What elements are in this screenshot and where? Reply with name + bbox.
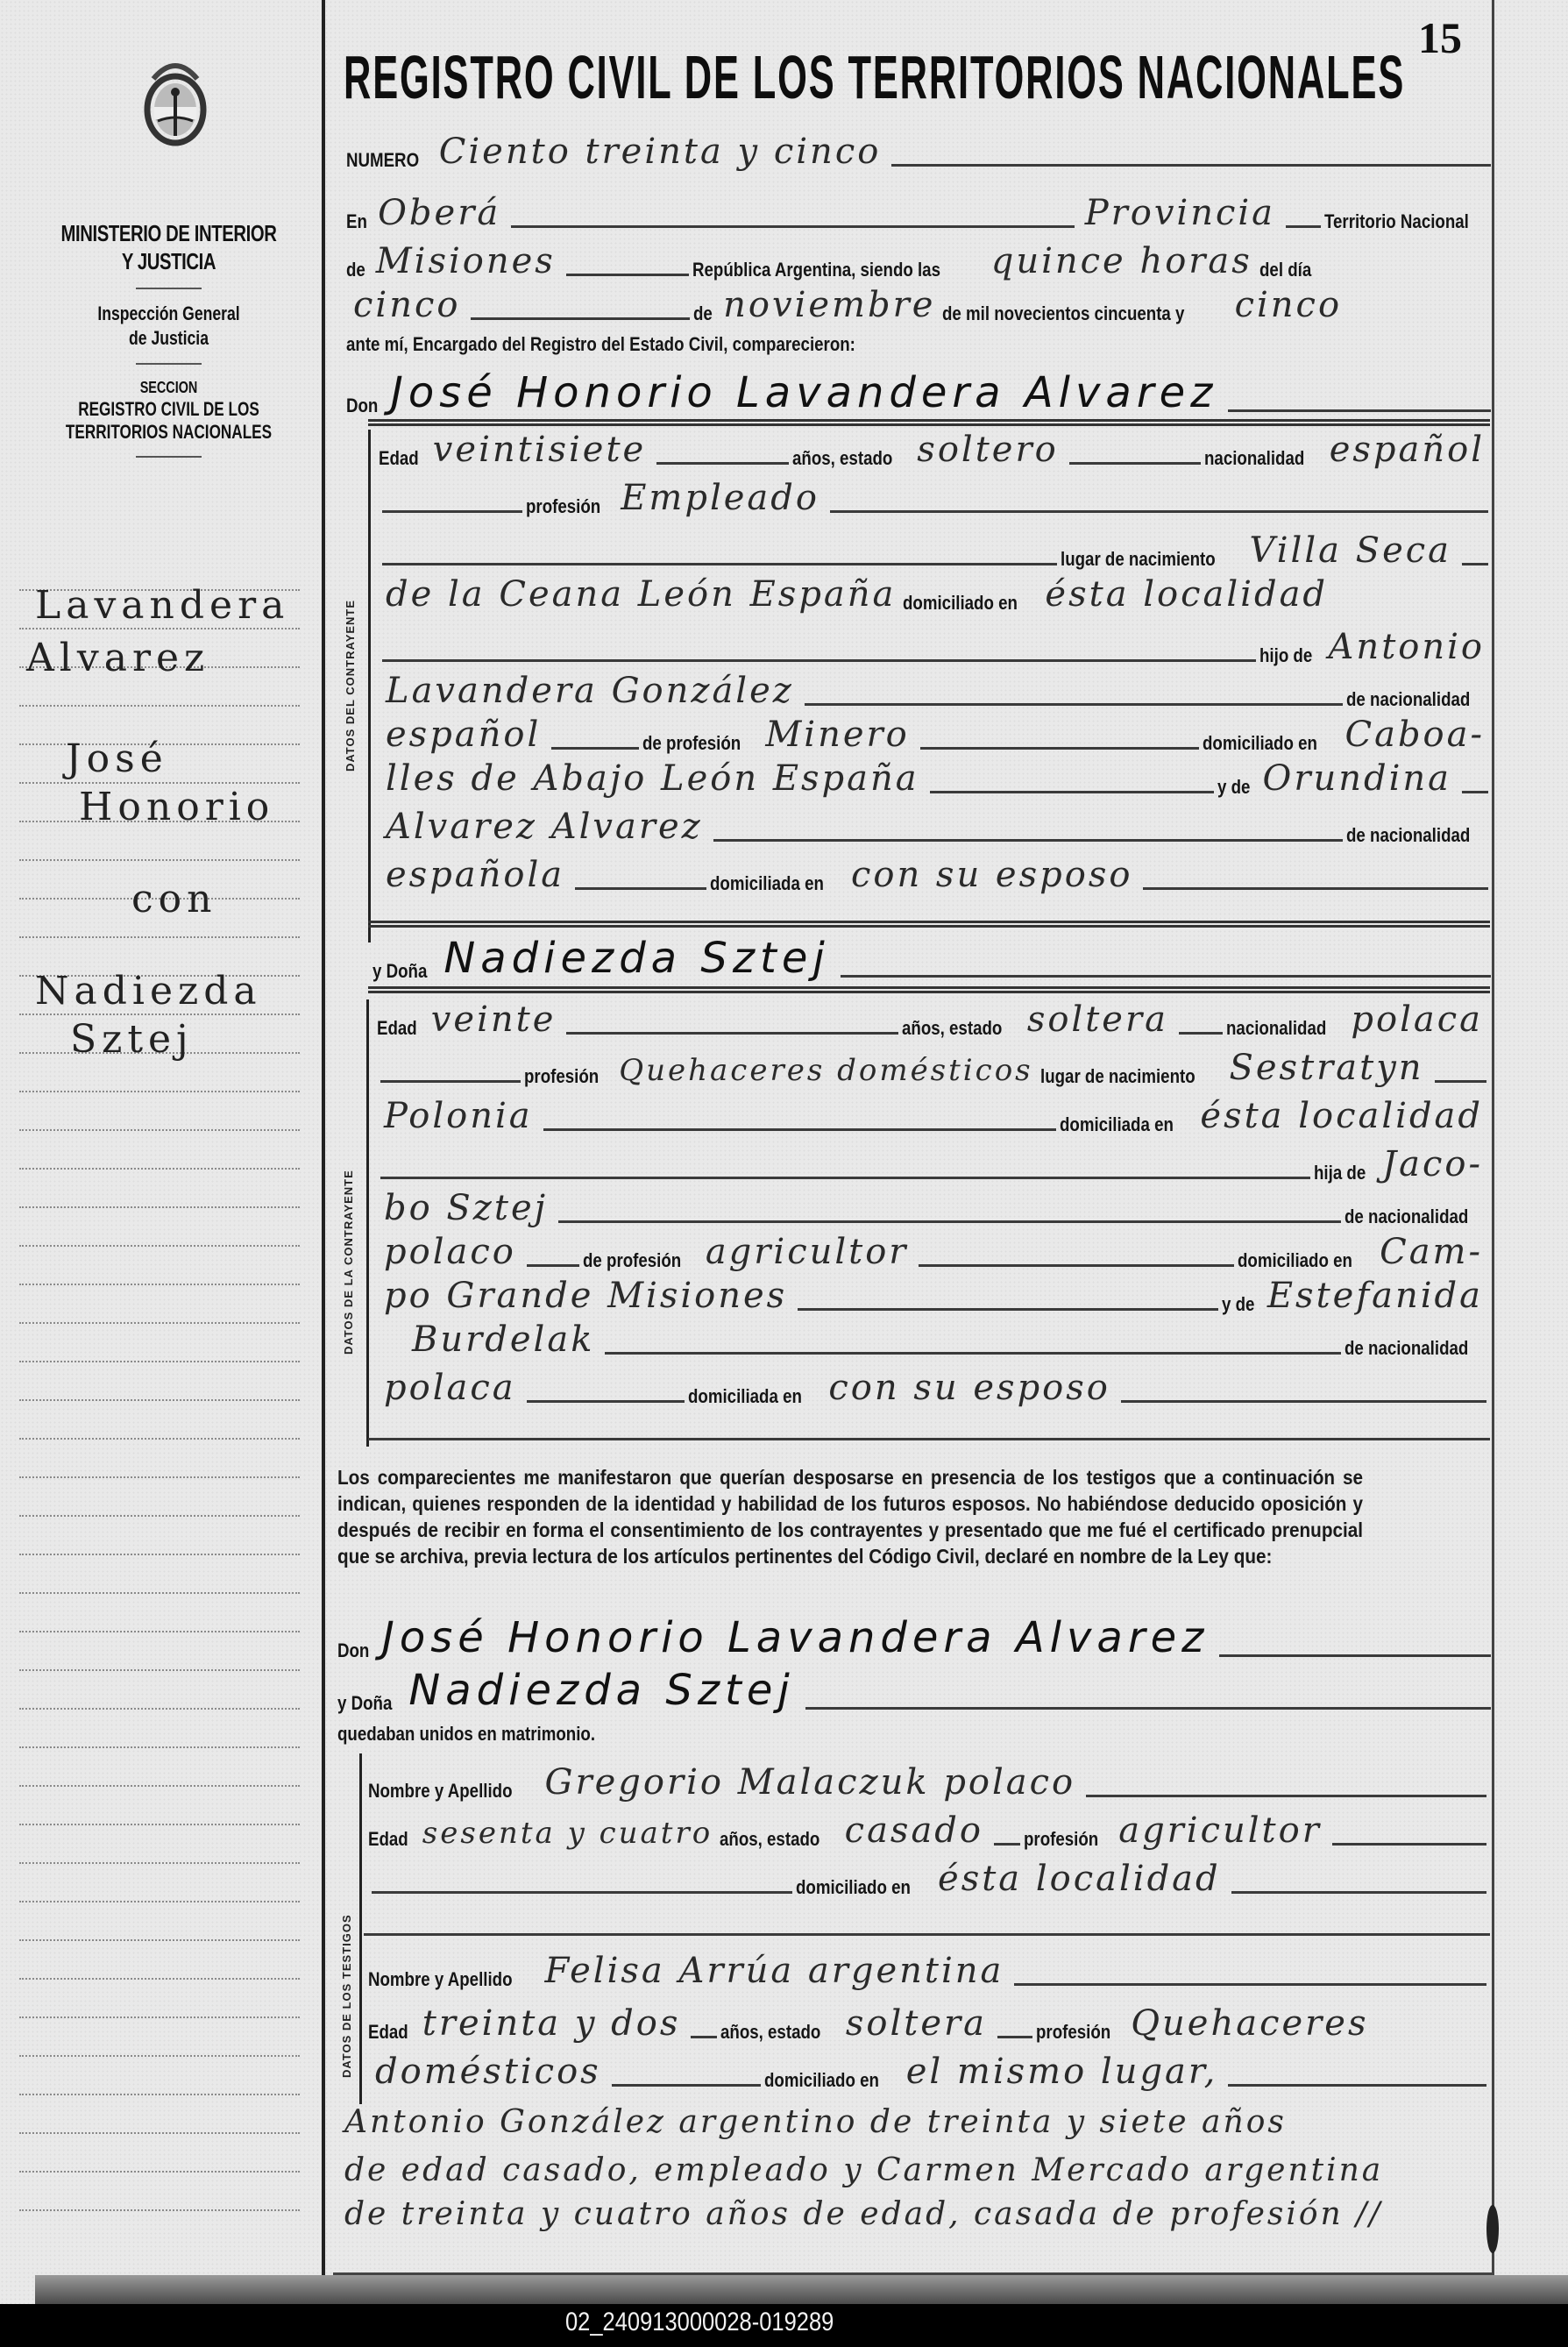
- en-value: Oberá: [371, 193, 507, 233]
- hora-value: quince horas: [984, 241, 1259, 281]
- dia-value: cinco: [346, 285, 467, 325]
- ministry-line2: Y JUSTICIA: [51, 247, 287, 275]
- witness-divider: [364, 1933, 1490, 1936]
- witness-section-border: [359, 1753, 362, 2104]
- margin-note: Lavandera: [35, 583, 289, 628]
- numero-label: NUMERO: [346, 149, 419, 172]
- notes-line-2: de edad casado, empleado y Carmen Mercad…: [337, 2152, 1477, 2188]
- en-label: En: [346, 210, 367, 233]
- decl-dona-row: y Doña Nadiezda Sztej: [337, 1666, 1494, 1715]
- witness2-profesion: Quehaceres: [1124, 2003, 1375, 2044]
- ante-mi-row: ante mí, Encargado del Registro del Esta…: [346, 333, 945, 356]
- anio-label: de mil novecientos cincuenta y: [942, 302, 1184, 325]
- witness1-estado: casado: [838, 1810, 990, 1851]
- double-rule: [368, 921, 1490, 928]
- ink-blot: [1486, 2205, 1499, 2253]
- witness-note: de treinta y cuatro años de edad, casada…: [337, 2196, 1389, 2232]
- bride-father-domicilio: Cam-: [1373, 1232, 1490, 1272]
- dona-label: y Doña: [337, 1692, 392, 1715]
- anios-estado-label: años, estado: [792, 447, 892, 470]
- anio-value: cinco: [1228, 285, 1349, 325]
- anios-estado-label: años, estado: [902, 1017, 1002, 1040]
- groom-mother-dom-row: española domiciliada en con su esposo: [379, 855, 1492, 895]
- don-label: Don: [346, 395, 378, 417]
- divider: [136, 456, 202, 458]
- inspeccion-line2: de Justicia: [48, 326, 290, 351]
- registro-line2: TERRITORIOS NACIONALES: [51, 421, 287, 444]
- don-row: Don José Honorio Lavandera Alvarez: [346, 368, 1494, 417]
- witness1-name: Gregorio Malaczuk polaco: [538, 1762, 1083, 1803]
- bride-lugar-nac-2: Polonia: [377, 1096, 540, 1136]
- groom-name: José Honorio Lavandera Alvarez: [384, 368, 1225, 417]
- groom-father-domicilio: Caboa-: [1337, 715, 1492, 755]
- groom-profesion-row: profesión Empleado: [379, 478, 1492, 518]
- groom-mother-row: lles de Abajo León España y de Orundina: [379, 758, 1492, 799]
- dona-row: y Doña Nadiezda Sztej: [372, 934, 1494, 983]
- double-rule: [368, 419, 1490, 426]
- bride-mother-dom-row: polaca domiciliada en con su esposo: [377, 1368, 1490, 1408]
- unidos-row: quedaban unidos en matrimonio.: [337, 1723, 641, 1746]
- decl-don-row: Don José Honorio Lavandera Alvarez: [337, 1613, 1494, 1662]
- bride-father-domicilio-2: po Grande Misiones: [377, 1276, 794, 1316]
- bride-father-2: bo Sztej: [377, 1188, 555, 1228]
- domiciliado-label: domiciliado en: [796, 1876, 911, 1899]
- groom-father-prof-row: español de profesión Minero domiciliado …: [379, 715, 1492, 755]
- witness2-nombre-row: Nombre y Apellido Felisa Arrúa argentina: [368, 1951, 1490, 1991]
- de-mes-label: de: [693, 302, 713, 325]
- divider: [136, 363, 202, 365]
- margin-note: Alvarez: [26, 636, 209, 680]
- witness2-name: Felisa Arrúa argentina: [538, 1951, 1011, 1991]
- groom-mother-domicilio: con su esposo: [844, 855, 1139, 895]
- bride-domicilio: ésta localidad: [1193, 1096, 1490, 1136]
- groom-mother-nat-row: Alvarez Alvarez de nacionalidad: [379, 807, 1492, 847]
- de-profesion-label: de profesión: [642, 732, 741, 755]
- notes-line-3: de treinta y cuatro años de edad, casada…: [337, 2196, 1477, 2232]
- nacionalidad-label: nacionalidad: [1204, 447, 1304, 470]
- groom-father-row: Lavandera González de nacionalidad: [379, 671, 1492, 711]
- de-nacionalidad-label: de nacionalidad: [1345, 1206, 1468, 1228]
- column-divider: [322, 0, 325, 2279]
- groom-section-border: [368, 430, 371, 942]
- anios-estado-label: años, estado: [720, 2021, 820, 2044]
- margin-note: con: [131, 877, 216, 921]
- hija-de-label: hija de: [1314, 1162, 1366, 1184]
- section-rule: [368, 1438, 1490, 1440]
- groom-father-domicilio-2: lles de Abajo León España: [379, 758, 926, 799]
- bride-mother-nat-row: Burdelak de nacionalidad: [377, 1319, 1490, 1360]
- bride-mother: Estefanida: [1260, 1276, 1490, 1316]
- de-nacionalidad-label: de nacionalidad: [1345, 1337, 1468, 1360]
- witness2-domicilio-row: domésticos domiciliado en el mismo lugar…: [368, 2052, 1490, 2092]
- del-dia-label: del día: [1259, 259, 1311, 281]
- groom-lugar-nac-2: de la Ceana León España: [379, 574, 903, 615]
- witness1-edad: sesenta y cuatro: [415, 1816, 720, 1851]
- groom-lugar-row: lugar de nacimiento Villa Seca: [379, 530, 1492, 571]
- profesion-label: profesión: [1036, 2021, 1110, 2044]
- decl-bride-name: Nadiezda Sztej: [401, 1666, 801, 1715]
- bride-mother-row: po Grande Misiones y de Estefanida: [377, 1276, 1490, 1316]
- groom-estado: soltero: [910, 430, 1065, 470]
- edad-label: Edad: [377, 1017, 417, 1040]
- domiciliado-label: domiciliado en: [1203, 732, 1317, 755]
- groom-edad-row: Edad veintisiete años, estado soltero na…: [379, 430, 1492, 470]
- bride-name: Nadiezda Sztej: [436, 934, 836, 983]
- divider: [136, 288, 202, 289]
- domiciliada-label: domiciliada en: [688, 1385, 802, 1408]
- inspeccion-line1: Inspección General: [48, 302, 290, 326]
- witness2-edad-row: Edad treinta y dos años, estado soltera …: [368, 2003, 1490, 2044]
- profesion-label: profesión: [524, 1065, 599, 1088]
- nombre-apellido-label: Nombre y Apellido: [368, 1780, 513, 1803]
- bride-profesion-row: profesión Quehaceres domésticos lugar de…: [377, 1048, 1490, 1088]
- edad-label: Edad: [379, 447, 419, 470]
- double-rule: [368, 986, 1490, 993]
- numero-row: NUMERO Ciento treinta y cinco: [346, 132, 1494, 172]
- witness-note: de edad casado, empleado y Carmen Mercad…: [337, 2152, 1390, 2188]
- lugar-nac-label: lugar de nacimiento: [1061, 548, 1216, 571]
- ministry-line1: MINISTERIO DE INTERIOR: [51, 219, 287, 247]
- groom-profesion: Empleado: [614, 478, 827, 518]
- bride-domicilio-row: Polonia domiciliada en ésta localidad: [377, 1096, 1490, 1136]
- nombre-apellido-label: Nombre y Apellido: [368, 1968, 513, 1991]
- bride-hija-row: hija de Jaco-: [377, 1144, 1490, 1184]
- ante-mi-text: ante mí, Encargado del Registro del Esta…: [346, 333, 855, 356]
- groom-mother: Orundina: [1256, 758, 1458, 799]
- groom-section-label: DATOS DEL CONTRAYENTE: [344, 600, 357, 772]
- groom-mother-nationality: española: [379, 855, 571, 895]
- provincia-value: Provincia: [1078, 193, 1282, 233]
- hijo-de-label: hijo de: [1259, 644, 1312, 667]
- bride-father-prof-row: polaco de profesión agricultor domicilia…: [377, 1232, 1490, 1272]
- groom-hijo-row: hijo de Antonio: [379, 627, 1492, 667]
- domiciliado-label: domiciliado en: [1238, 1249, 1352, 1272]
- form-title: REGISTRO CIVIL DE LOS TERRITORIOS NACION…: [344, 42, 1405, 112]
- margin-note: Nadiezda: [35, 969, 262, 1013]
- de-row: de Misiones República Argentina, siendo …: [346, 241, 1494, 281]
- declaration-paragraph: Los comparecientes me manifestaron que q…: [337, 1464, 1363, 1569]
- edad-label: Edad: [368, 1828, 408, 1851]
- margin-note: Sztej: [70, 1017, 194, 1062]
- de-nacionalidad-label: de nacionalidad: [1346, 824, 1470, 847]
- fecha-row: cinco de noviembre de mil novecientos ci…: [346, 285, 1494, 325]
- witness1-profesion: agricultor: [1111, 1810, 1329, 1851]
- bride-mother-nationality: polaca: [377, 1368, 523, 1408]
- y-de-label: y de: [1217, 776, 1250, 799]
- de-value: Misiones: [369, 241, 563, 281]
- numero-value: Ciento treinta y cinco: [432, 132, 889, 172]
- territorio-label: Territorio Nacional: [1324, 210, 1469, 233]
- de-label: de: [346, 259, 365, 281]
- bride-lugar-nac: Sestratyn: [1222, 1048, 1430, 1088]
- witness1-edad-row: Edad sesenta y cuatro años, estado casad…: [368, 1810, 1490, 1851]
- en-row: En Oberá Provincia Territorio Nacional: [346, 193, 1494, 233]
- bride-edad-row: Edad veinte años, estado soltera naciona…: [377, 999, 1490, 1040]
- bride-mother-2: Burdelak: [377, 1319, 601, 1360]
- groom-father-profession: Minero: [758, 715, 916, 755]
- witness1-nombre-row: Nombre y Apellido Gregorio Malaczuk pola…: [368, 1762, 1490, 1803]
- bride-nacionalidad: polaca: [1344, 999, 1490, 1040]
- groom-father-2: Lavandera González: [379, 671, 801, 711]
- groom-father: Antonio: [1322, 627, 1492, 667]
- nacionalidad-label: nacionalidad: [1226, 1017, 1326, 1040]
- page-frame-right: [1492, 0, 1494, 2279]
- witness1-domicilio: ésta localidad: [931, 1859, 1228, 1899]
- dona-label: y Doña: [372, 960, 427, 983]
- y-de-label: y de: [1222, 1293, 1254, 1316]
- republica-label: República Argentina, siendo las: [692, 259, 940, 281]
- bride-father-profession: agricultor: [699, 1232, 916, 1272]
- scan-id: 02_240913000028-019289: [565, 2308, 834, 2337]
- domiciliada-label: domiciliada en: [710, 872, 824, 895]
- anios-estado-label: años, estado: [720, 1828, 819, 1851]
- bride-section-label: DATOS DE LA CONTRAYENTE: [342, 1170, 355, 1355]
- witness2-estado: soltera: [839, 2003, 994, 2044]
- bride-edad: veinte: [424, 999, 564, 1040]
- coat-of-arms-icon: [136, 53, 215, 149]
- bride-father-row: bo Sztej de nacionalidad: [377, 1188, 1490, 1228]
- de-nacionalidad-label: de nacionalidad: [1346, 688, 1470, 711]
- groom-edad: veintisiete: [426, 430, 653, 470]
- registro-line1: REGISTRO CIVIL DE LOS: [51, 398, 287, 421]
- ministry-heading: MINISTERIO DE INTERIOR Y JUSTICIA Inspec…: [18, 219, 320, 470]
- groom-domicilio: ésta localidad: [1038, 574, 1335, 615]
- bride-profesion: Quehaceres domésticos: [612, 1053, 1039, 1088]
- seccion-label: SECCION: [48, 377, 290, 398]
- notes-line-1: Antonio González argentino de treinta y …: [337, 2104, 1477, 2140]
- bride-estado: soltera: [1020, 999, 1175, 1040]
- domiciliado-label: domiciliado en: [903, 592, 1018, 615]
- left-margin-column: MINISTERIO DE INTERIOR Y JUSTICIA Inspec…: [0, 0, 323, 2279]
- decl-groom-name: José Honorio Lavandera Alvarez: [375, 1613, 1217, 1662]
- profesion-label: profesión: [1024, 1828, 1098, 1851]
- margin-note: Honorio: [79, 785, 274, 829]
- don-label: Don: [337, 1639, 369, 1662]
- bride-father: Jaco-: [1375, 1144, 1490, 1184]
- witness2-domicilio: el mismo lugar,: [899, 2052, 1225, 2092]
- witness-note: Antonio González argentino de treinta y …: [337, 2104, 1294, 2140]
- groom-domicilio-row: de la Ceana León España domiciliado en é…: [379, 574, 1492, 615]
- witness2-edad: treinta y dos: [415, 2003, 688, 2044]
- groom-lugar-nac: Villa Seca: [1243, 530, 1458, 571]
- groom-mother-2: Alvarez Alvarez: [379, 807, 710, 847]
- bride-section-border: [366, 999, 369, 1447]
- bride-mother-domicilio: con su esposo: [821, 1368, 1117, 1408]
- page-number: 15: [1418, 12, 1462, 63]
- scan-shadow: [35, 2275, 1568, 2304]
- witness-section-label: DATOS DE LOS TESTIGOS: [340, 1914, 353, 2078]
- bride-father-nationality: polaco: [377, 1232, 523, 1272]
- profesion-label: profesión: [526, 495, 600, 518]
- witness2-profesion-2: domésticos: [368, 2052, 608, 2092]
- domiciliada-label: domiciliada en: [1060, 1113, 1174, 1136]
- groom-nacionalidad: español: [1323, 430, 1492, 470]
- de-profesion-label: de profesión: [583, 1249, 681, 1272]
- unidos-text: quedaban unidos en matrimonio.: [337, 1723, 595, 1746]
- mes-value: noviembre: [716, 285, 942, 325]
- domiciliado-label: domiciliado en: [764, 2069, 879, 2092]
- lugar-nac-label: lugar de nacimiento: [1040, 1065, 1196, 1088]
- witness1-domicilio-row: domiciliado en ésta localidad: [368, 1859, 1490, 1899]
- edad-label: Edad: [368, 2021, 408, 2044]
- margin-note: José: [66, 736, 168, 781]
- groom-father-nationality: español: [379, 715, 548, 755]
